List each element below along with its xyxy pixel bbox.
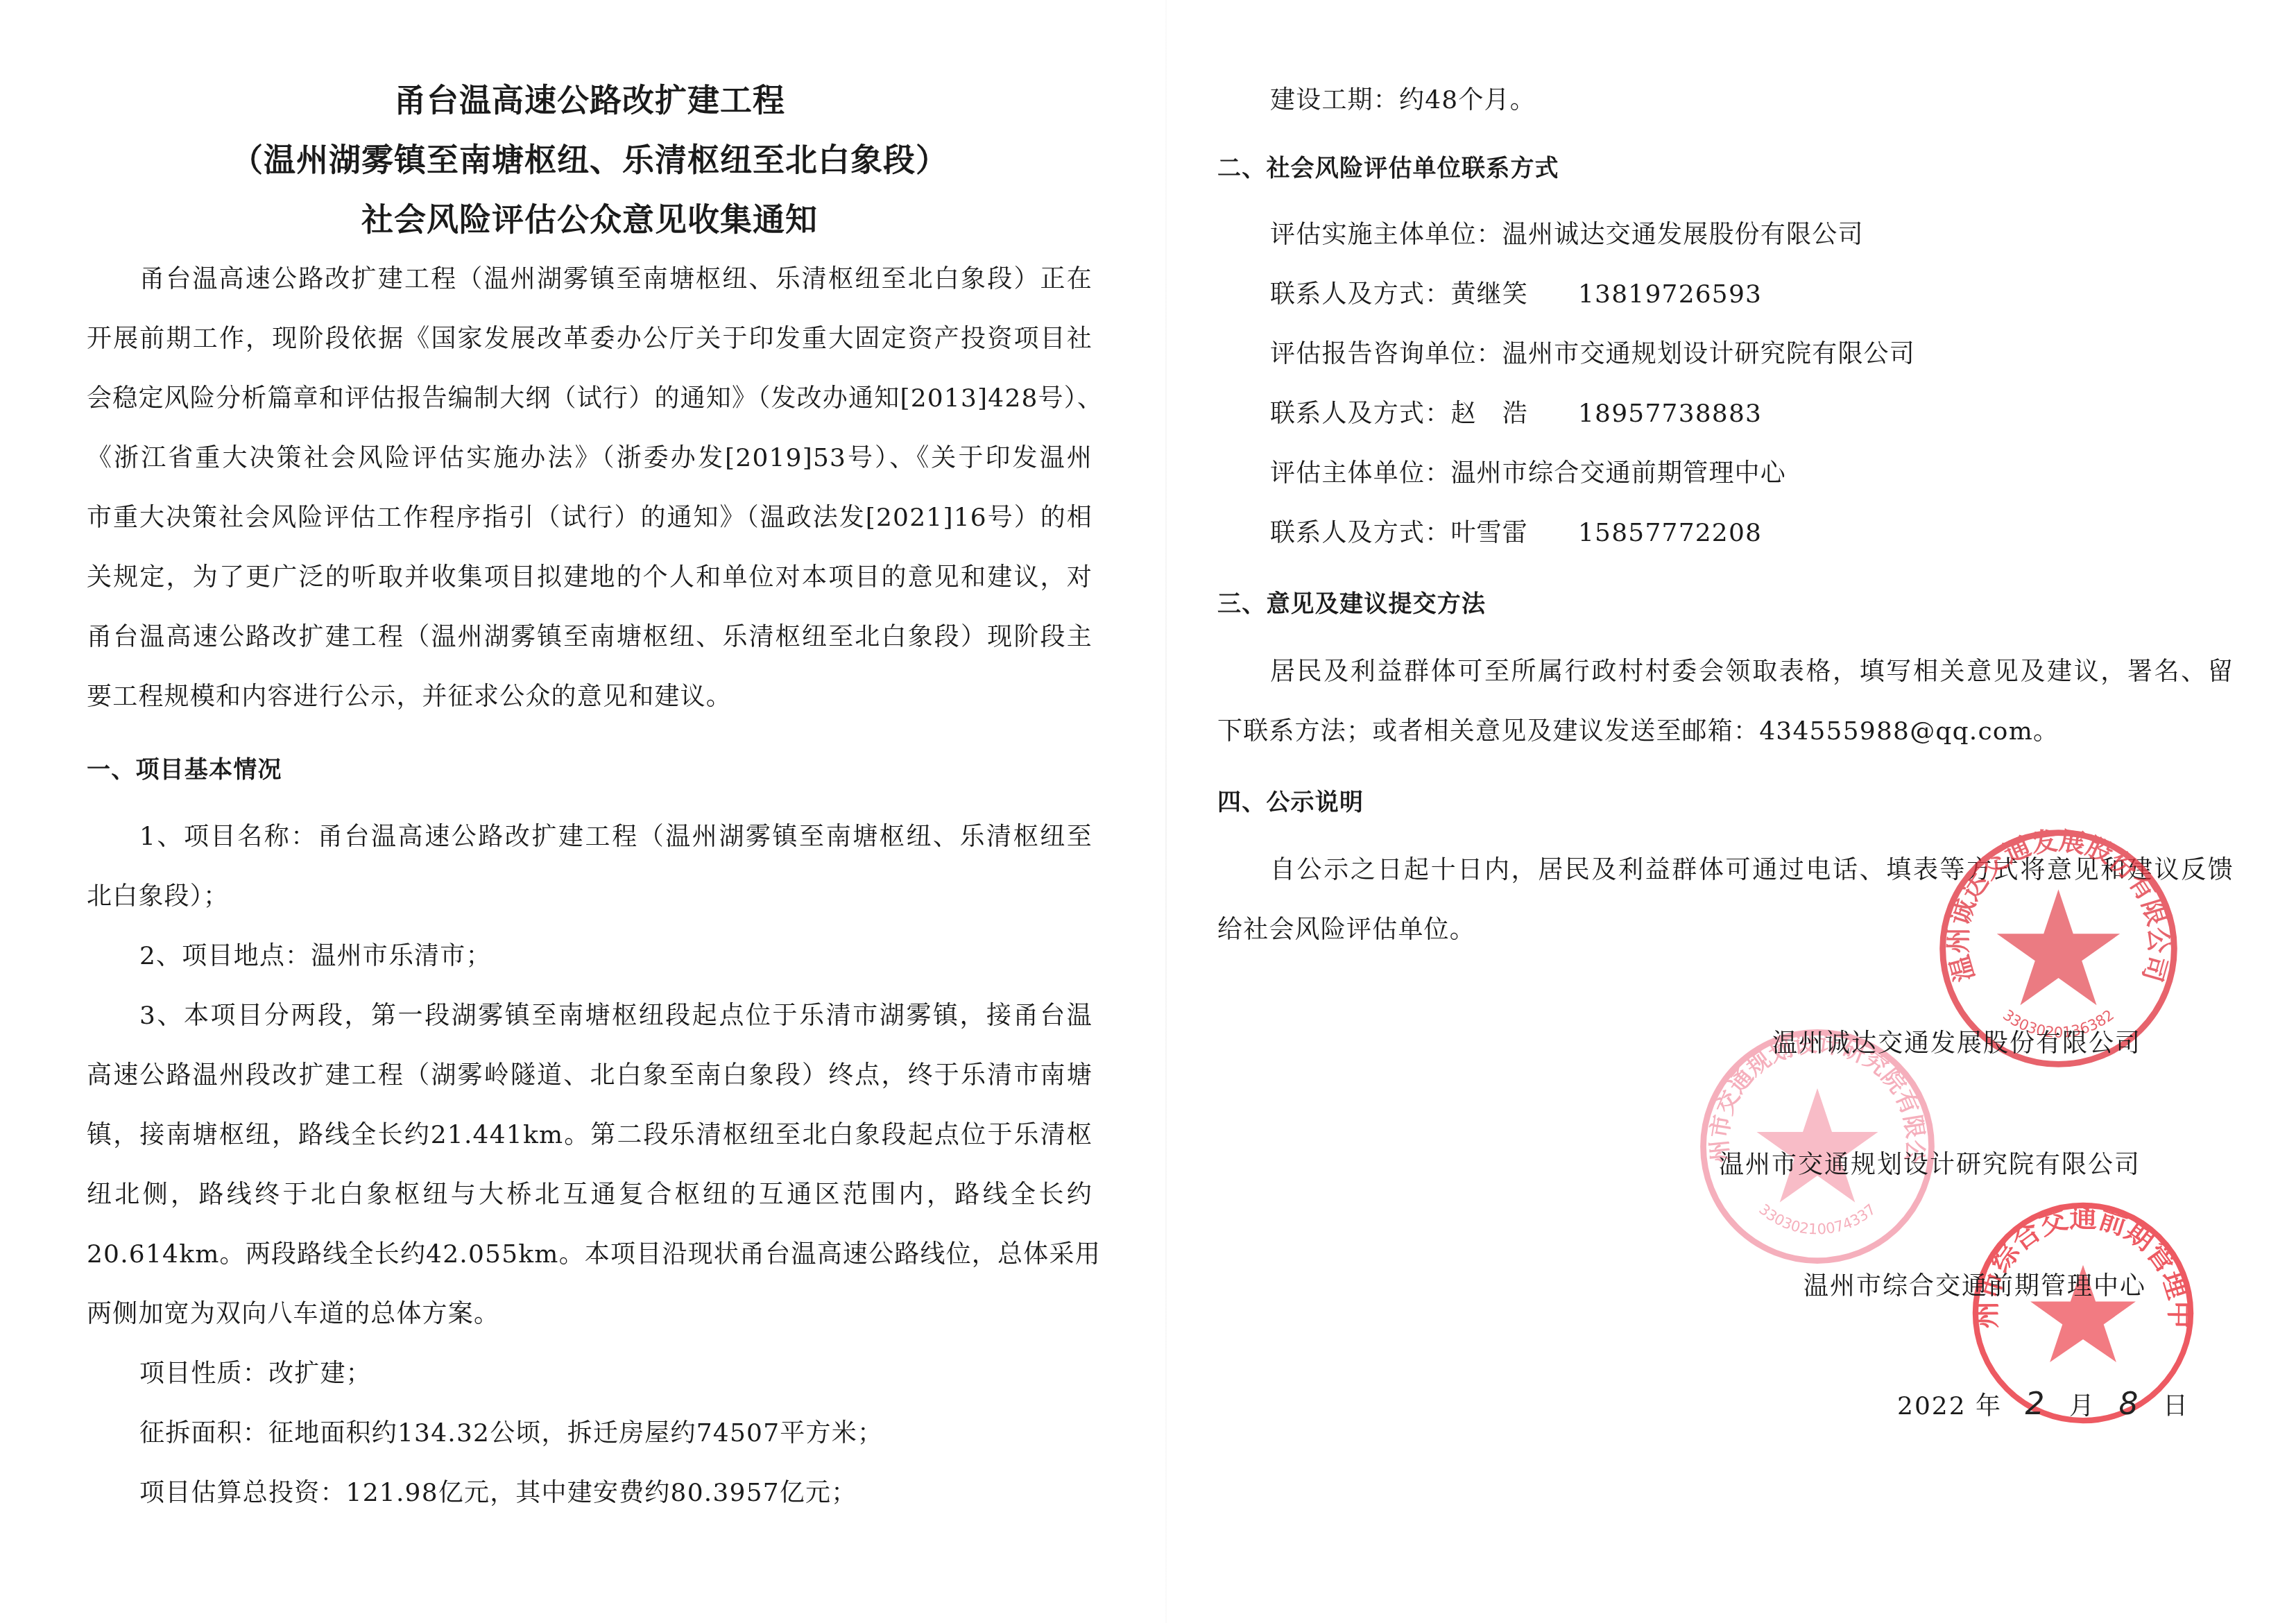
- contact-value: 温州市综合交通前期管理中心: [1450, 459, 1786, 488]
- contact-person: 赵 浩: [1450, 400, 1528, 428]
- contact-person: 黄继笑: [1450, 280, 1528, 309]
- title-line-3: 社会风险评估公众意见收集通知: [87, 198, 1093, 240]
- date-month-handwritten: 2: [2012, 1387, 2060, 1422]
- project-name-line: 北白象段）；: [87, 879, 229, 914]
- section4-heading: 四、公示说明: [1217, 785, 1364, 820]
- contact-phone[interactable]: 18957738883: [1578, 400, 1762, 428]
- section2-heading: 二、社会风险评估单位联系方式: [1217, 151, 1559, 186]
- page-fold-divider: [1165, 0, 1167, 1623]
- contact-label: 联系人及方式：: [1270, 280, 1450, 309]
- svg-text:温州诚达交通发展股份有限公司: 温州诚达交通发展股份有限公司: [1943, 825, 2174, 985]
- title-line-2: （温州湖雾镇至南塘枢纽、乐清枢纽至北白象段）: [87, 139, 1093, 180]
- intro-line: 要工程规模和内容进行公示，并征求公众的意见和建议。: [87, 680, 732, 714]
- contact-label: 评估报告咨询单位：: [1270, 340, 1502, 368]
- submission-line: 下联系方法；或者相关意见及建议发送至邮箱：434555988@qq.com。: [1217, 714, 2059, 749]
- intro-line: 《浙江省重大决策社会风险评估实施办法》（浙委办发[2019]53号）、《关于印发…: [87, 441, 1093, 476]
- submission-line: 居民及利益群体可至所属行政村村委会领取表格，填写相关意见及建议，署名、留: [1217, 655, 2234, 689]
- intro-line: 关规定，为了更广泛的听取并收集项目拟建地的个人和单位对本项目的意见和建议，对: [87, 560, 1093, 595]
- project-nature: 项目性质：改扩建；: [87, 1357, 372, 1391]
- company-seal-design-institute: 温州市交通规划设计研究院有限公司 33030210074337: [1696, 1025, 1939, 1268]
- project-scope-line: 高速公路温州段改扩建工程（湖雾岭隧道、北白象至南白象段）终点，终于乐清市南塘: [87, 1058, 1093, 1093]
- contact-label: 评估实施主体单位：: [1270, 221, 1502, 249]
- contact-value: 温州诚达交通发展股份有限公司: [1502, 221, 1864, 249]
- contact-phone[interactable]: 13819726593: [1578, 280, 1762, 309]
- date-day-unit: 日: [2163, 1392, 2189, 1420]
- signature-org-transport-center: 温州市综合交通前期管理中心: [1804, 1269, 2146, 1304]
- intro-line: 开展前期工作，现阶段依据《国家发展改革委办公厅关于印发重大固定资产投资项目社: [87, 322, 1093, 357]
- contact-row: 联系人及方式：黄继笑13819726593: [1217, 277, 1762, 312]
- contact-row: 评估报告咨询单位：温州市交通规划设计研究院有限公司: [1217, 337, 1915, 372]
- title-line-1: 甬台温高速公路改扩建工程: [87, 79, 1093, 121]
- signature-org-design-institute: 温州市交通规划设计研究院有限公司: [1719, 1148, 2141, 1183]
- notice-line: 给社会风险评估单位。: [1217, 913, 1475, 947]
- project-name-line: 1、项目名称：甬台温高速公路改扩建工程（温州湖雾镇至南塘枢纽、乐清枢纽至: [87, 820, 1093, 855]
- svg-text:温州市综合交通前期管理中心: 温州市综合交通前期管理中心: [1969, 1199, 2195, 1328]
- intro-line: 甬台温高速公路改扩建工程（温州湖雾镇至南塘枢纽、乐清枢纽至北白象段）现阶段主: [87, 620, 1093, 655]
- project-scope-line: 20.614km。两段路线全长约42.055km。本项目沿现状甬台温高速公路线位…: [87, 1237, 1093, 1272]
- date-year: 2022: [1897, 1392, 1967, 1420]
- construction-duration: 建设工期：约48个月。: [1217, 83, 1536, 118]
- total-investment: 项目估算总投资：121.98亿元，其中建安费约80.3957亿元；: [87, 1476, 857, 1511]
- signature-org-chengda: 温州诚达交通发展股份有限公司: [1772, 1027, 2141, 1061]
- svg-text:33030210074337: 33030210074337: [1756, 1201, 1879, 1237]
- contact-person: 叶雪雷: [1450, 519, 1528, 547]
- project-scope-line: 纽北侧，路线终于北白象枢纽与大桥北互通复合枢纽的互通区范围内，路线全长约: [87, 1178, 1093, 1212]
- date-month-unit: 月: [2069, 1392, 2096, 1420]
- contact-row: 评估主体单位：温州市综合交通前期管理中心: [1217, 456, 1786, 491]
- date-day-handwritten: 8: [2105, 1387, 2153, 1422]
- contact-label: 联系人及方式：: [1270, 519, 1450, 547]
- contact-phone[interactable]: 15857772208: [1578, 519, 1762, 547]
- project-scope-line: 镇，接南塘枢纽，路线全长约21.441km。第二段乐清枢纽至北白象段起点位于乐清…: [87, 1118, 1093, 1153]
- notice-line: 自公示之日起十日内，居民及利益群体可通过电话、填表等方式将意见和建议反馈: [1217, 853, 2234, 888]
- intro-line: 会稳定风险分析篇章和评估报告编制大纲（试行）的通知》（发改办通知[2013]42…: [87, 381, 1093, 416]
- project-location: 2、项目地点：温州市乐清市；: [87, 939, 492, 974]
- intro-line: 市重大决策社会风险评估工作程序指引（试行）的通知》（温政法发[2021]16号）…: [87, 501, 1093, 535]
- project-scope-line: 3、本项目分两段，第一段湖雾镇至南塘枢纽段起点位于乐清市湖雾镇，接甬台温: [87, 999, 1093, 1033]
- project-scope-line: 两侧加宽为双向八车道的总体方案。: [87, 1297, 499, 1332]
- contact-value: 温州市交通规划设计研究院有限公司: [1502, 340, 1915, 368]
- notice-page: 甬台温高速公路改扩建工程 （温州湖雾镇至南塘枢纽、乐清枢纽至北白象段） 社会风险…: [0, 0, 2296, 1623]
- date-year-unit: 年: [1976, 1392, 2002, 1420]
- section3-heading: 三、意见及建议提交方法: [1217, 587, 1486, 621]
- contact-label: 评估主体单位：: [1270, 459, 1450, 488]
- section1-heading: 一、项目基本情况: [87, 753, 282, 787]
- contact-label: 联系人及方式：: [1270, 400, 1450, 428]
- contact-row: 联系人及方式：赵 浩18957738883: [1217, 397, 1762, 431]
- contact-row: 联系人及方式：叶雪雷15857772208: [1217, 516, 1762, 551]
- contact-row: 评估实施主体单位：温州诚达交通发展股份有限公司: [1217, 218, 1864, 252]
- intro-line: 甬台温高速公路改扩建工程（温州湖雾镇至南塘枢纽、乐清枢纽至北白象段）正在: [87, 262, 1093, 297]
- land-acquisition: 征拆面积：征地面积约134.32公顷，拆迁房屋约74507平方米；: [87, 1416, 883, 1451]
- signature-date: 2022 年 2 月 8 日: [1897, 1387, 2189, 1424]
